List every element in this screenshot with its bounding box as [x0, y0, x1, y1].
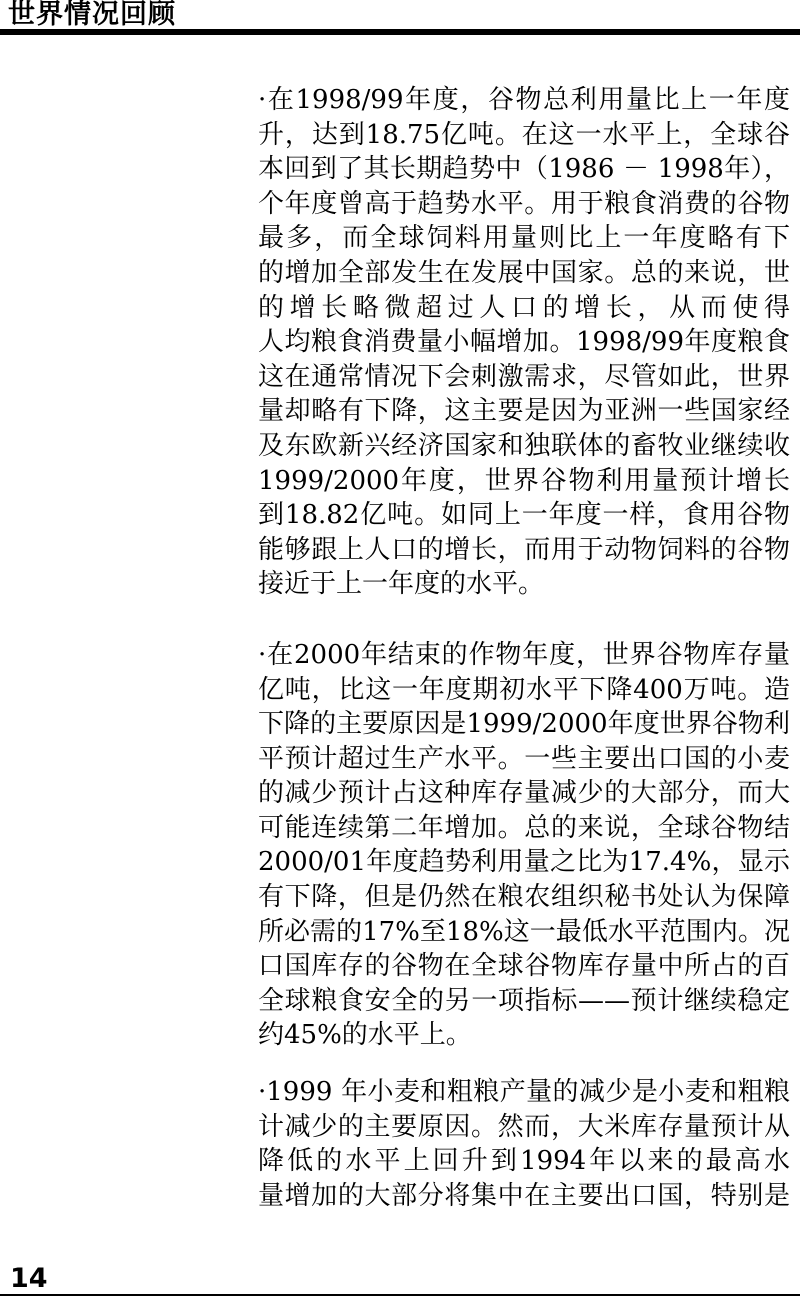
text-line: 这在通常情况下会刺激需求，尽管如此，世界饲用谷物利用	[258, 360, 790, 395]
header-rule	[0, 29, 800, 35]
text-line: 的增加全部发生在发展中国家。总的来说，世界粮食消费量	[258, 256, 790, 291]
text-line: 有下降，但是仍然在粮农组织秘书处认为保障世界粮食安全	[258, 880, 790, 915]
footer-rule	[0, 1294, 800, 1296]
text-line: 1999/2000年度，世界谷物利用量预计增长3%左右，增加	[258, 464, 790, 499]
text-line: ·1999 年小麦和粗粮产量的减少是小麦和粗粮库存量预	[258, 1075, 790, 1110]
text-line: 升，达到18.75亿吨。在这一水平上，全球谷物利用量又基	[258, 118, 790, 153]
text-line: 本回到了其长期趋势中（1986 － 1998年），在此之前的两	[258, 152, 790, 187]
text-line: 所必需的17%至18%这一最低水平范围内。况且，主要出	[258, 915, 790, 950]
text-line: 人均粮食消费量小幅增加。1998/99年度粮食价格继续下跌，	[258, 325, 790, 360]
text-line: 全球粮食安全的另一项指标——预计继续稳定在上一年度大	[258, 984, 790, 1019]
text-line: 最多，而全球饲料用量则比上一年度略有下降。谷物利用量	[258, 221, 790, 256]
text-line: 到18.82亿吨。如同上一年度一样，食用谷物总消费量预计	[258, 498, 790, 533]
text-line: 平预计超过生产水平。一些主要出口国的小麦和粗粮库存量	[258, 742, 790, 777]
text-line: ·在2000年结束的作物年度，世界谷物库存量预计达到3.32	[258, 638, 790, 673]
text-line: 约45%的水平上。	[258, 1018, 790, 1053]
text-line: 量增加的大部分将集中在主要出口国，特别是泰国、越	[258, 1179, 790, 1214]
text-line: 量却略有下降，这主要是因为亚洲一些国家经济增长缓慢以	[258, 394, 790, 429]
text-line: 的减少预计占这种库存量减少的大部分，而大米结转库存量	[258, 776, 790, 811]
text-line: 下降的主要原因是1999/2000年度世界谷物利用量的预测水	[258, 707, 790, 742]
text-line: 2000/01年度趋势利用量之比为17.4%，显示比上一年度略	[258, 845, 790, 880]
text-line: 接近于上一年度的水平。	[258, 567, 790, 602]
text-line: 能够跟上人口的增长，而用于动物饲料的谷物总量预计继续	[258, 533, 790, 568]
text-line: ·在1998/99年度，谷物总利用量比上一年度的水平略有上	[258, 83, 790, 118]
text-line: 个年度曾高于趋势水平。用于粮食消费的谷物利用量增长得	[258, 187, 790, 222]
text-line: 及东欧新兴经济国家和独联体的畜牧业继续收缩所致。展望	[258, 429, 790, 464]
paragraph-cereal-utilization: ·在1998/99年度，谷物总利用量比上一年度的水平略有上升，达到18.75亿吨…	[258, 83, 790, 602]
text-line: 口国库存的谷物在全球谷物库存量中所占的百分比份额——	[258, 949, 790, 984]
text-line: 可能连续第二年增加。总的来说，全球谷物结转库存量与	[258, 811, 790, 846]
text-line: 的增长略微超过人口的增长，从而使得1998/99年度谷物的	[258, 291, 790, 326]
document-page: 世界情况回顾 ·在1998/99年度，谷物总利用量比上一年度的水平略有上升，达到…	[0, 0, 800, 1297]
paragraph-cereal-stocks: ·在2000年结束的作物年度，世界谷物库存量预计达到3.32亿吨，比这一年度期初…	[258, 638, 790, 1053]
page-header-title: 世界情况回顾	[8, 0, 176, 30]
text-line: 亿吨，比这一年度期初水平下降400万吨。造成这种库存量	[258, 673, 790, 708]
text-line: 计减少的主要原因。然而，大米库存量预计从最近几年	[258, 1110, 790, 1145]
page-number: 14	[10, 1265, 48, 1293]
body-text: ·在1998/99年度，谷物总利用量比上一年度的水平略有上升，达到18.75亿吨…	[258, 83, 790, 1213]
text-line: 降低的水平上回升到1994年以来的最高水平。大米库存	[258, 1144, 790, 1179]
paragraph-rice-stocks: ·1999 年小麦和粗粮产量的减少是小麦和粗粮库存量预计减少的主要原因。然而，大…	[258, 1075, 790, 1213]
